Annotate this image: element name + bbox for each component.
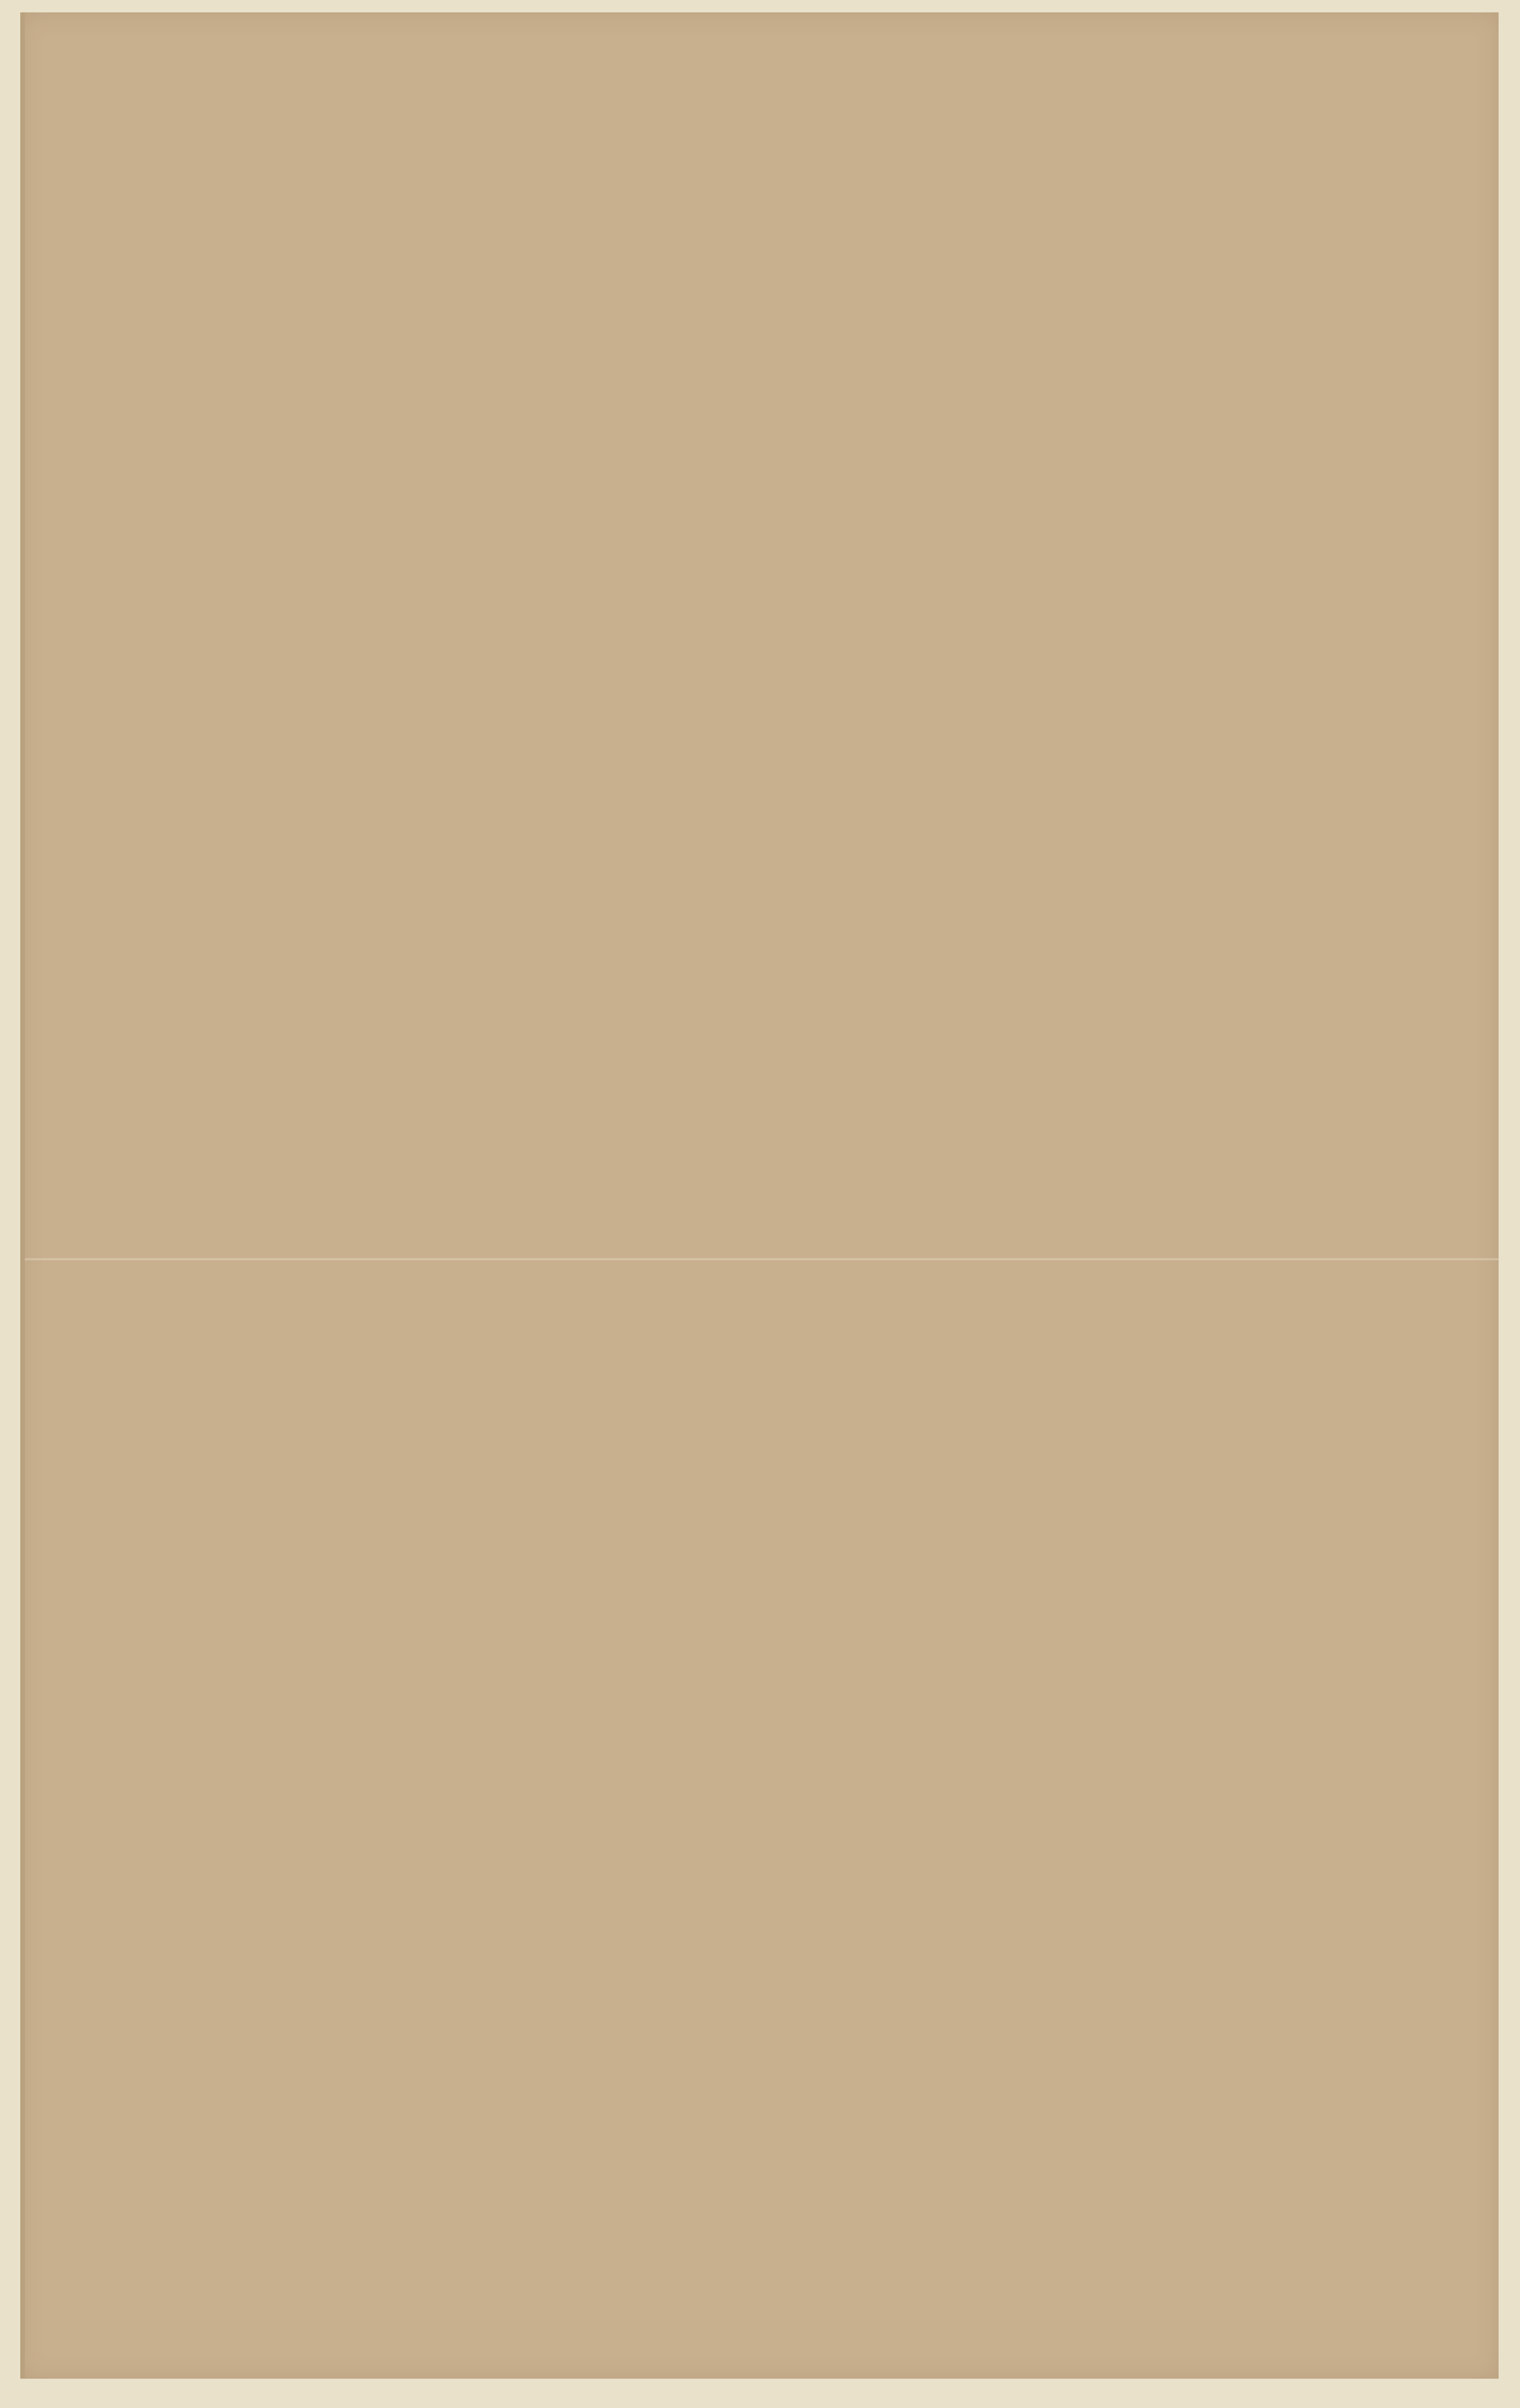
paper-left-edge	[20, 12, 25, 2379]
document-page	[20, 12, 1499, 2379]
